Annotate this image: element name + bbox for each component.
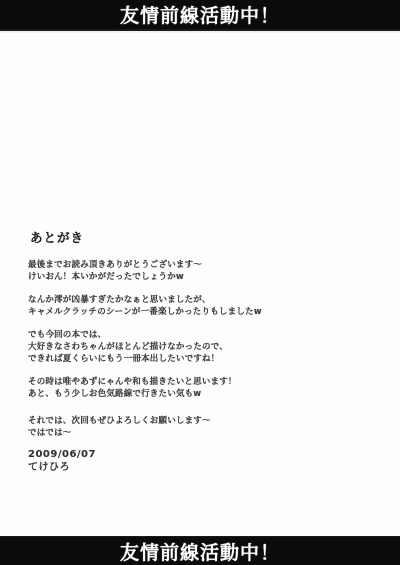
afterword-paragraph: でも今回の本では、大好きなさわちゃんがほとんど描けなかったので、できれば夏くらい… xyxy=(28,329,384,366)
top-banner: 友情前線活動中！ xyxy=(0,0,400,31)
afterword-line: できれば夏くらいにもう一冊本出したいですね！ xyxy=(28,353,384,365)
afterword-title: あとがき xyxy=(30,228,384,246)
afterword-paragraph: それでは、次回もぜひよろしくお願いします～ではでは～ xyxy=(28,415,384,440)
colophon-date: 2009/06/07 xyxy=(28,449,384,462)
afterword-line: 大好きなさわちゃんがほとんど描けなかったので、 xyxy=(28,341,384,353)
afterword-line: その時は唯やあずにゃんや和も描きたいと思います！ xyxy=(28,376,384,388)
afterword-paragraph: なんか澪が凶暴すぎたかなぁと思いましたが、キャメルクラッチのシーンが一番楽しかっ… xyxy=(28,294,384,319)
afterword-body: 最後までお読み頂きありがとうございます～けいおん！本いかがだったでしょうかwなん… xyxy=(28,259,384,439)
bottom-banner: 友情前線活動中！ xyxy=(0,536,400,565)
afterword-content: あとがき 最後までお読み頂きありがとうございます～けいおん！本いかがだったでしょ… xyxy=(28,228,384,474)
afterword-line: でも今回の本では、 xyxy=(28,329,384,341)
colophon: 2009/06/07 てけひろ xyxy=(28,449,384,474)
afterword-paragraph: その時は唯やあずにゃんや和も描きたいと思います！あと、もう少しお色気路線で行きた… xyxy=(28,376,384,401)
afterword-line: それでは、次回もぜひよろしくお願いします～ xyxy=(28,415,384,427)
afterword-line: ではでは～ xyxy=(28,427,384,439)
top-banner-title: 友情前線活動中！ xyxy=(120,1,280,28)
afterword-line: あと、もう少しお色気路線で行きたい気もw xyxy=(28,388,384,400)
afterword-line: なんか澪が凶暴すぎたかなぁと思いましたが、 xyxy=(28,294,384,306)
bottom-banner-title: 友情前線活動中！ xyxy=(120,538,280,565)
afterword-paragraph: 最後までお読み頂きありがとうございます～けいおん！本いかがだったでしょうかw xyxy=(28,259,384,284)
afterword-page: 友情前線活動中！ あとがき 最後までお読み頂きありがとうございます～けいおん！本… xyxy=(0,0,400,565)
afterword-line: 最後までお読み頂きありがとうございます～ xyxy=(28,259,384,271)
afterword-line: けいおん！本いかがだったでしょうかw xyxy=(28,271,384,283)
colophon-signature: てけひろ xyxy=(28,462,384,475)
afterword-line: キャメルクラッチのシーンが一番楽しかったりもしましたw xyxy=(28,306,384,318)
